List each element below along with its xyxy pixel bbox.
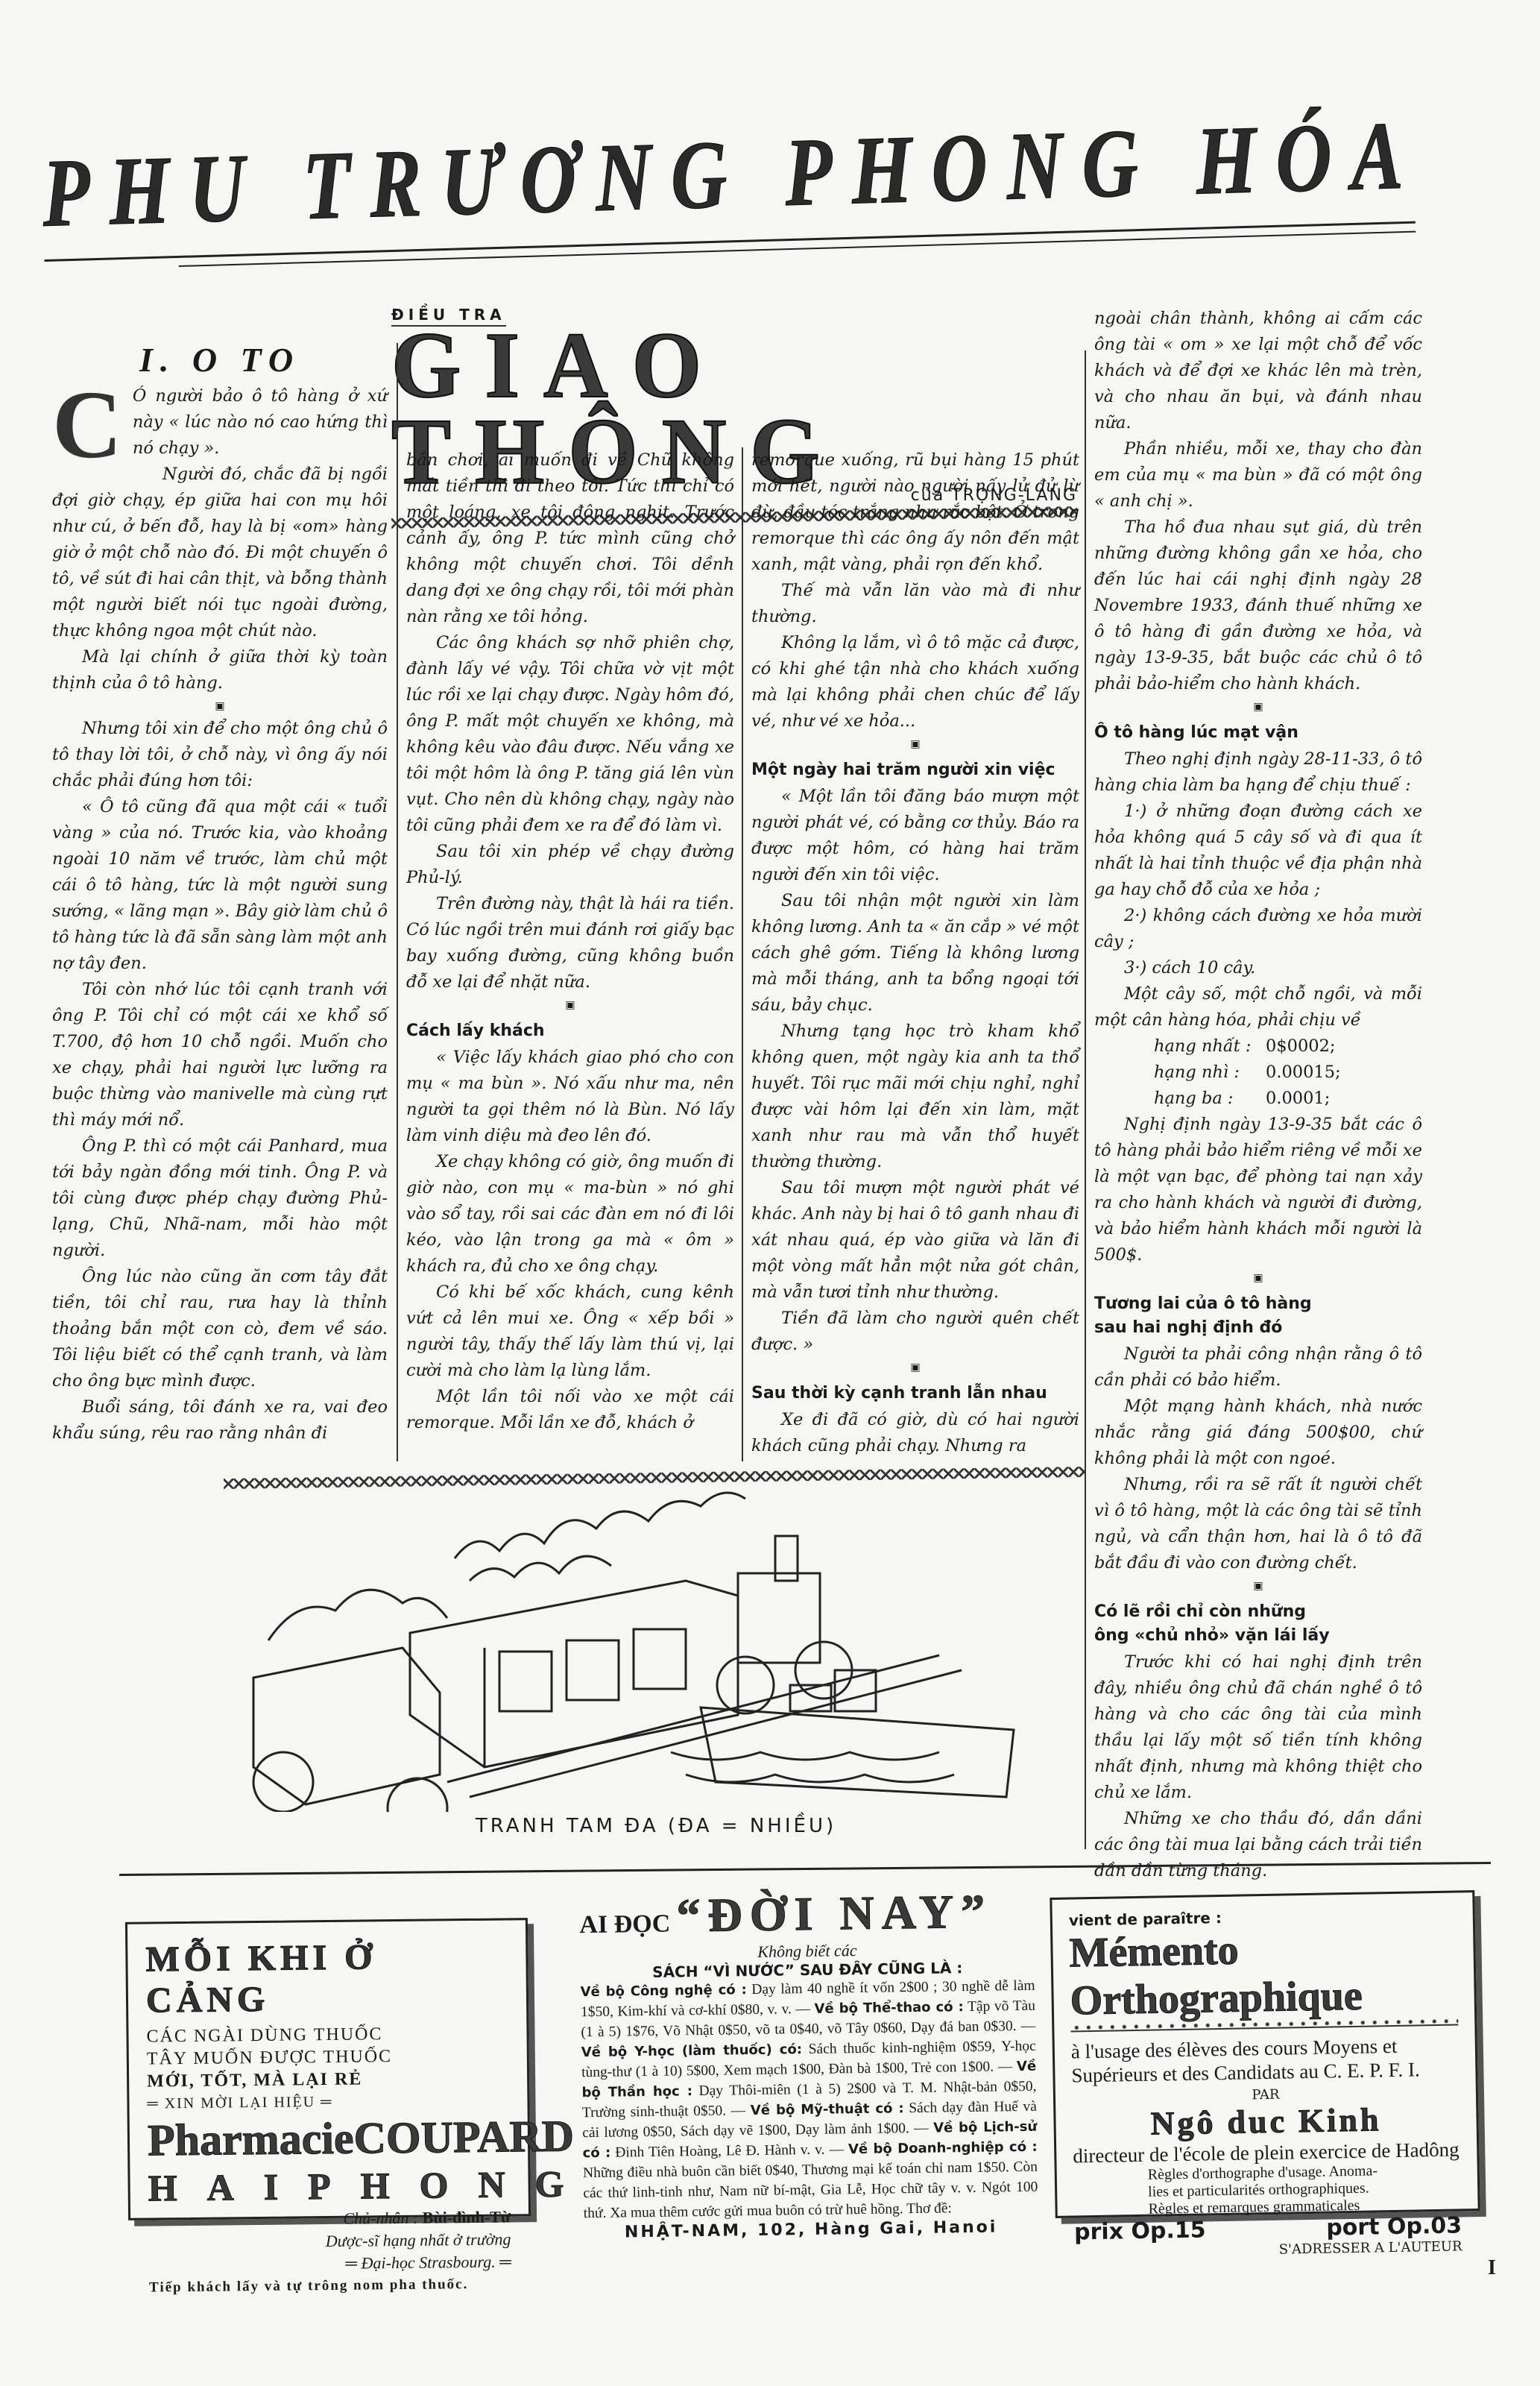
paragraph: « Ô tô cũng đã qua một cái « tuổi vàng »… (52, 794, 388, 977)
subheading: Một ngày hai trăm người xin việc (751, 758, 1079, 782)
ornament-icon: ▣ (1094, 1576, 1422, 1596)
paragraph: Mà lại chính ở giữa thời kỳ toàn thịnh c… (52, 644, 388, 696)
ad-headline: MỖI KHI Ở CẢNG (145, 1935, 508, 2021)
column-4: ngoài chân thành, không ai cấm các ông t… (1094, 306, 1422, 1884)
paragraph: Thế mà vẫn lăn vào mà đi như thường. (751, 578, 1079, 630)
paragraph: Tha hồ đua nhau sụt giá, dù trên những đ… (1094, 514, 1422, 697)
paragraph: Ông lúc nào cũng ăn cơm tây đắt tiền, tô… (52, 1264, 388, 1394)
paragraph: Ông P. thì có một cái Panhard, mua tới b… (52, 1133, 388, 1264)
ad-footer: Tiếp khách lấy và tự trông nom pha thuốc… (149, 2273, 511, 2299)
subheading: Ô tô hàng lúc mạt vận (1094, 721, 1422, 745)
ad-author: Ngô duc Kinh (1072, 2099, 1460, 2144)
paragraph: Một lần tôi nối vào xe một cái remorque.… (406, 1384, 734, 1436)
cartoon-illustration: TRANH TAM ĐA (ĐA = NHIỀU) (224, 1469, 1088, 1857)
paragraph: Buổi sáng, tôi đánh xe ra, vai đeo khẩu … (52, 1394, 388, 1447)
subheading: sau hai nghị định đó (1094, 1316, 1422, 1340)
paragraph: bắn chơi, ai muốn đi về Chũ không mất ti… (406, 447, 734, 630)
paragraph: Sau tôi mượn một người phát vé khác. Anh… (751, 1175, 1079, 1306)
tax-rate-row: hạng nhất :0$0002; (1154, 1033, 1422, 1060)
paragraph: Xe chạy không có giờ, ông muốn đi giờ nà… (406, 1149, 734, 1279)
subheading: Tương lai của ô tô hàng (1094, 1292, 1422, 1316)
paragraph: Một cây số, một chỗ ngồi, và mỗi một cân… (1094, 981, 1422, 1033)
ad-pharmacy-name: Pharmacie COUPARD (148, 2111, 511, 2166)
paragraph: « Một lần tôi đăng báo mượn một người ph… (751, 784, 1079, 888)
tax-rate-table: hạng nhất :0$0002; hạng nhì :0.00015; hạ… (1094, 1033, 1422, 1112)
paragraph: Nghị định ngày 13-9-35 bắt các ô tô hàng… (1094, 1112, 1422, 1268)
paragraph: Nhưng, rồi ra sẽ rất ít người chết vì ô … (1094, 1472, 1422, 1576)
paragraph: Tôi còn nhớ lúc tôi cạnh tranh với ông P… (52, 977, 388, 1133)
ad-usage: à l'usage des élèves des cours Moyens et… (1071, 2033, 1459, 2087)
ad-pharmacie: Pharmacie (148, 2113, 354, 2167)
paragraph: Sau tôi nhận một người xin làm không lươ… (751, 888, 1079, 1019)
column-rule (397, 343, 398, 1461)
paragraph: Phần nhiều, mỗi xe, thay cho đàn em của … (1094, 436, 1422, 514)
paragraph: Xe đi đã có giờ, dù có hai người khách c… (751, 1407, 1079, 1459)
paragraph: Các ông khách sợ nhỡ phiên chợ, đành lấy… (406, 630, 734, 839)
transport-cartoon-icon (224, 1469, 1088, 1812)
paragraph: Có khi bế xốc khách, cung kênh vứt cả lê… (406, 1279, 734, 1384)
paragraph: Những xe cho thầu đó, dần dầni các ông t… (1094, 1806, 1422, 1884)
ad-title: Mémento Orthographique (1069, 1922, 1458, 2024)
ornament-icon: ▣ (406, 995, 734, 1015)
tax-rate-row: hạng nhì :0.00015; (1154, 1060, 1422, 1086)
page-number: I (1488, 2256, 1496, 2280)
subheading: Có lẽ rồi chỉ còn những (1094, 1600, 1422, 1624)
paragraph: Trên đường này, thật là hái ra tiền. Có … (406, 891, 734, 995)
paragraph: « Việc lấy khách giao phó cho con mụ « m… (406, 1045, 734, 1149)
section-title-oto: I. O TO (52, 347, 388, 373)
ornament-icon: ▣ (1094, 697, 1422, 717)
ad-memento-orthographique: vient de paraître : Mémento Orthographiq… (1050, 1890, 1480, 2218)
illustration-caption: TRANH TAM ĐA (ĐA = NHIỀU) (224, 1815, 1088, 1837)
paragraph: ngoài chân thành, không ai cấm các ông t… (1094, 306, 1422, 436)
paragraph: Một mạng hành khách, nhà nước nhắc rằng … (1094, 1394, 1422, 1472)
paragraph: Nhưng tạng học trò kham khổ không quen, … (751, 1019, 1079, 1175)
paragraph: CÓ người bảo ô tô hàng ở xứ này « lúc nà… (52, 383, 388, 462)
paragraph: Sau tôi xin phép về chạy đường Phủ-lý. (406, 839, 734, 891)
ad-doi-nay-books: AI ĐỌC “ĐỜI NAY” Không biết các SÁCH “VÌ… (579, 1883, 1039, 2242)
drop-cap: C (52, 388, 122, 462)
column-rule (742, 447, 743, 1461)
ad-city: HAIPHONG (148, 2162, 511, 2209)
paragraph: Theo nghị định ngày 28-11-33, ô tô hàng … (1094, 746, 1422, 799)
ornament-icon: ▣ (751, 1358, 1079, 1377)
ad-book-list: Về bộ Công nghệ có : Dạy làm 40 nghề ít … (580, 1976, 1038, 2223)
paragraph: 2·) không cách đường xe hỏa mười cây ; (1094, 903, 1422, 955)
column-1-oto: I. O TO CÓ người bảo ô tô hàng ở xứ này … (52, 347, 388, 1447)
paragraph: Người ta phải công nhận rằng ô tô cần ph… (1094, 1341, 1422, 1394)
ad-price: prix Op.15 (1074, 2217, 1206, 2245)
paragraph: Người đó, chắc đã bị ngồi đợi giờ chạy, … (52, 462, 388, 644)
paragraph: remorque xuống, rũ bụi hàng 15 phút mới … (751, 447, 1079, 578)
ad-brand: COUPARD (353, 2111, 574, 2165)
masthead: PHU TRƯƠNG PHONG HÓA (42, 122, 1416, 272)
subheading: Sau thời kỳ cạnh tranh lẫn nhau (751, 1382, 1079, 1406)
paragraph: Tiền đã làm cho người quên chết được. » (751, 1306, 1079, 1358)
subheading: Cách lấy khách (406, 1019, 734, 1043)
paragraph: Không lạ lắm, vì ô tô mặc cả được, có kh… (751, 630, 1079, 734)
paragraph: Nhưng tôi xin để cho một ông chủ ô tô th… (52, 716, 388, 794)
ad-pharmacy-coupard: MỖI KHI Ở CẢNG CÁC NGÀI DÙNG THUỐC TÂY M… (125, 1918, 531, 2220)
ornament-icon: ▣ (1094, 1268, 1422, 1288)
subheading: ông «chủ nhỏ» vặn lái lấy (1094, 1624, 1422, 1648)
tax-rate-row: hạng ba :0.0001; (1154, 1086, 1422, 1112)
ornament-icon: ▣ (751, 734, 1079, 754)
column-2: bắn chơi, ai muốn đi về Chũ không mất ti… (406, 447, 734, 1436)
ad-postage: port Op.03 (1326, 2212, 1462, 2241)
paragraph: 1·) ở những đoạn đường cách xe hỏa không… (1094, 799, 1422, 903)
ad-title: AI ĐỌC “ĐỜI NAY” (579, 1883, 1035, 1945)
ornament-icon: ▣ (52, 696, 388, 716)
column-3: remorque xuống, rũ bụi hàng 15 phút mới … (751, 447, 1079, 1459)
paragraph: Trước khi có hai nghị định trên đây, nhi… (1094, 1649, 1422, 1806)
paragraph: 3·) cách 10 cây. (1094, 955, 1422, 981)
